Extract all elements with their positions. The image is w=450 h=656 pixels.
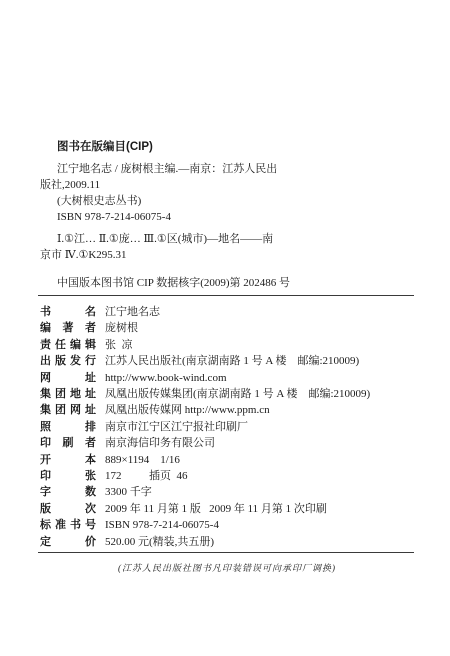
- row-group-address: 集团地址凤凰出版传媒集团(南京湖南路 1 号 A 楼 邮编:210009): [40, 386, 414, 402]
- cip-line-classification-1: Ⅰ.①江… Ⅱ.①庞… Ⅲ.①区(城市)—地名——南: [57, 233, 414, 246]
- row-label: 版次: [40, 501, 96, 517]
- row-group-website: 集团网址凤凰出版传媒网 http://www.ppm.cn: [40, 402, 414, 418]
- row-website: 网址http://www.book-wind.com: [40, 370, 414, 386]
- cip-header: 图书在版编目(CIP): [57, 141, 414, 154]
- cip-line-publisher-year: 版社,2009.11: [40, 179, 414, 192]
- row-label: 书名: [40, 304, 96, 320]
- cip-record-number: 中国版本图书馆 CIP 数据核字(2009)第 202486 号: [57, 277, 414, 290]
- row-label: 责任编辑: [40, 337, 96, 353]
- misprint-exchange-note: (江苏人民出版社图书凡印装错误可向承印厂调换): [40, 561, 414, 574]
- row-value: ISBN 978-7-214-06075-4: [105, 517, 219, 533]
- divider-top: [38, 295, 414, 296]
- row-responsible-editor: 责任编辑张 凉: [40, 337, 414, 353]
- row-label: 印张: [40, 468, 96, 484]
- row-value: 172 插页 46: [105, 468, 188, 484]
- page-content: 图书在版编目(CIP) 江宁地名志 / 庞树根主编.—南京：江苏人民出 版社,2…: [40, 0, 414, 574]
- colophon-table: 书名江宁地名志 编著者庞树根 责任编辑张 凉 出版发行江苏人民出版社(南京湖南路…: [40, 304, 414, 550]
- row-standard-isbn: 标准书号ISBN 978-7-214-06075-4: [40, 517, 414, 533]
- row-label: 出版发行: [40, 353, 96, 369]
- row-price: 定价520.00 元(精装,共五册): [40, 534, 414, 550]
- row-label: 开本: [40, 452, 96, 468]
- row-value: 庞树根: [105, 320, 138, 336]
- row-value: 张 凉: [105, 337, 133, 353]
- row-editor: 编著者庞树根: [40, 320, 414, 336]
- row-value: 南京海信印务有限公司: [105, 435, 215, 451]
- cip-line-classification-2: 京市 Ⅳ.①K295.31: [40, 249, 414, 262]
- row-label: 印刷者: [40, 435, 96, 451]
- row-value: 江苏人民出版社(南京湖南路 1 号 A 楼 邮编:210009): [105, 353, 359, 369]
- row-typesetting: 照排南京市江宁区江宁报社印刷厂: [40, 419, 414, 435]
- row-value: http://www.book-wind.com: [105, 370, 227, 386]
- row-label: 编著者: [40, 320, 96, 336]
- cip-line-title: 江宁地名志 / 庞树根主编.—南京：江苏人民出: [57, 163, 414, 176]
- row-label: 照排: [40, 419, 96, 435]
- cip-line-isbn: ISBN 978-7-214-06075-4: [57, 211, 414, 224]
- row-edition: 版次2009 年 11 月第 1 版 2009 年 11 月第 1 次印刷: [40, 501, 414, 517]
- row-label: 集团网址: [40, 402, 96, 418]
- row-label: 标准书号: [40, 517, 96, 533]
- row-value: 520.00 元(精装,共五册): [105, 534, 214, 550]
- row-publisher: 出版发行江苏人民出版社(南京湖南路 1 号 A 楼 邮编:210009): [40, 353, 414, 369]
- row-label: 网址: [40, 370, 96, 386]
- row-printer: 印刷者南京海信印务有限公司: [40, 435, 414, 451]
- divider-bottom: [38, 552, 414, 553]
- row-label: 字数: [40, 484, 96, 500]
- colophon-page: 图书在版编目(CIP) 江宁地名志 / 庞树根主编.—南京：江苏人民出 版社,2…: [0, 0, 450, 656]
- row-label: 集团地址: [40, 386, 96, 402]
- row-value: 南京市江宁区江宁报社印刷厂: [105, 419, 248, 435]
- row-value: 江宁地名志: [105, 304, 160, 320]
- row-value: 2009 年 11 月第 1 版 2009 年 11 月第 1 次印刷: [105, 501, 327, 517]
- row-value: 凤凰出版传媒网 http://www.ppm.cn: [105, 402, 270, 418]
- row-value: 889×1194 1/16: [105, 452, 180, 468]
- cip-section: 图书在版编目(CIP) 江宁地名志 / 庞树根主编.—南京：江苏人民出 版社,2…: [40, 141, 414, 290]
- row-word-count: 字数3300 千字: [40, 484, 414, 500]
- row-value: 凤凰出版传媒集团(南京湖南路 1 号 A 楼 邮编:210009): [105, 386, 370, 402]
- row-book-title: 书名江宁地名志: [40, 304, 414, 320]
- row-format: 开本889×1194 1/16: [40, 452, 414, 468]
- row-sheets: 印张172 插页 46: [40, 468, 414, 484]
- row-value: 3300 千字: [105, 484, 152, 500]
- row-label: 定价: [40, 534, 96, 550]
- cip-line-series: (大树根史志丛书): [57, 195, 414, 208]
